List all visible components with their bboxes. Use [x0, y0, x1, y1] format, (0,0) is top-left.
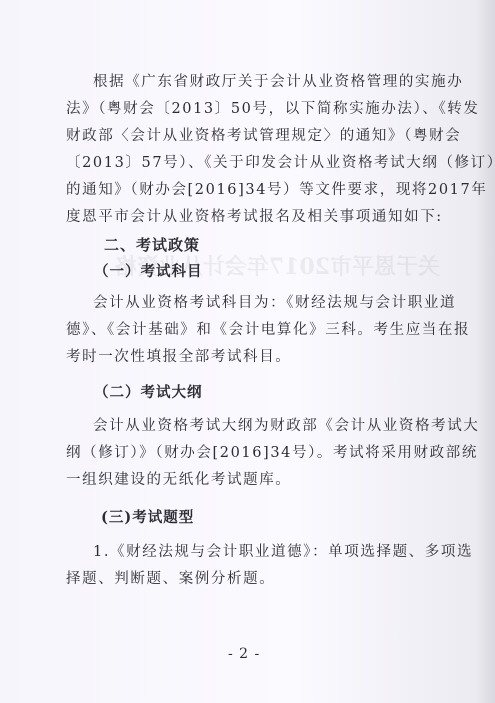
subsection-2-line-2: 纲（修订）》（财办会[2016]34号）。考试将采用财政部统: [66, 443, 478, 463]
page-number: - 2 -: [228, 646, 260, 662]
subsection-2-line-1: 会计从业资格考试大纲为财政部《会计从业资格考试大: [93, 416, 479, 436]
intro-line-1: 根据《广东省财政厅关于会计从业资格管理的实施办: [93, 72, 463, 92]
document-page: 关于恩平市2017年会计从业资格 根据《广东省财政厅关于会计从业资格管理的实施办…: [0, 0, 495, 703]
intro-line-6: 度恩平市会计从业资格考试报名及相关事项通知如下:: [66, 207, 443, 227]
subsection-3-heading: (三)考试题型: [101, 508, 194, 528]
section-heading: 二、考试政策: [104, 235, 200, 255]
subsection-3-line-2: 择题、判断题、案例分析题。: [66, 569, 275, 589]
intro-line-2: 法》（粤财会〔2013〕50号，以下简称实施办法）、《转发: [66, 99, 480, 119]
intro-line-3: 财政部〈会计从业资格考试管理规定〉的通知》（粤财会: [66, 126, 461, 146]
intro-line-4: 〔2013〕57号）、《关于印发会计从业资格考试大纲（修订）: [66, 153, 495, 173]
subsection-3-line-1: 1.《财经法规与会计职业道德》：单项选择题、多项选: [93, 542, 473, 562]
subsection-2-line-3: 一组织建设的无纸化考试题库。: [66, 470, 291, 490]
subsection-2-heading: （二）考试大纲: [94, 383, 203, 403]
subsection-1-line-2: 德》、《会计基础》和《会计电算化》三科。考生应当在报: [66, 320, 470, 340]
intro-line-5: 的通知》（财办会[2016]34号）等文件要求，现将2017年: [66, 180, 487, 200]
subsection-1-line-3: 考时一次性填报全部考试科目。: [66, 347, 291, 367]
subsection-1-heading: （一）考试科目: [94, 262, 203, 282]
subsection-1-line-1: 会计从业资格考试科目为：《财经法规与会计职业道: [93, 293, 456, 313]
